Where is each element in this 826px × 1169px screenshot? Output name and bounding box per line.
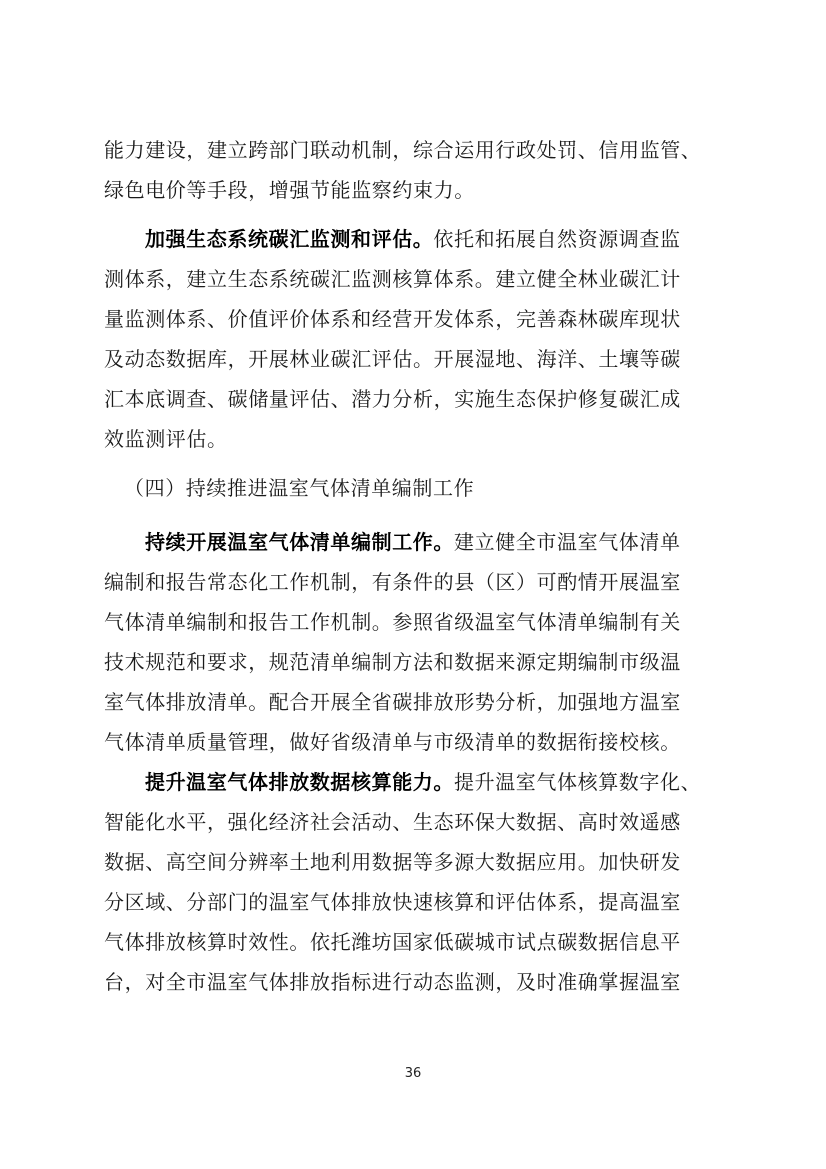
text-line: 加强生态系统碳汇监测和评估。依托和拓展自然资源调查监 — [104, 225, 726, 265]
paragraph-lead-bold: 加强生态系统碳汇监测和评估。 — [145, 227, 433, 251]
paragraph-text: 建立健全市温室气体清单 — [454, 530, 681, 554]
text-line: 智能化水平，强化经济社会活动、生态环保大数据、高时效遥感 — [104, 808, 726, 848]
text-line: 技术规范和要求，规范清单编制方法和数据来源定期编制市级温 — [104, 648, 726, 688]
text-line: 气体清单编制和报告工作机制。参照省级温室气体清单编制有关 — [104, 608, 726, 648]
paragraph-emission-accounting: 提升温室气体排放数据核算能力。提升温室气体核算数字化、 智能化水平，强化经济社会… — [104, 768, 726, 1008]
text-line: 效监测评估。 — [104, 425, 726, 465]
text-line: 气体清单质量管理，做好省级清单与市级清单的数据衔接校核。 — [104, 728, 726, 768]
paragraph-text: 依托和拓展自然资源调查监 — [433, 227, 680, 251]
paragraph-lead-bold: 提升温室气体排放数据核算能力。 — [145, 770, 454, 794]
text-line: 量监测体系、价值评价体系和经营开发体系，完善森林碳库现状 — [104, 305, 726, 345]
text-line: 台，对全市温室气体排放指标进行动态监测，及时准确掌握温室 — [104, 968, 726, 1008]
text-line: 汇本底调查、碳储量评估、潜力分析，实施生态保护修复碳汇成 — [104, 385, 726, 425]
text-line: 分区域、分部门的温室气体排放快速核算和评估体系，提高温室 — [104, 888, 726, 928]
section-heading: （四）持续推进温室气体清单编制工作 — [104, 474, 726, 528]
text-line: 提升温室气体排放数据核算能力。提升温室气体核算数字化、 — [104, 768, 726, 808]
text-line: 能力建设，建立跨部门联动机制，综合运用行政处罚、信用监管、 — [104, 136, 726, 176]
page-number: 36 — [0, 1066, 826, 1081]
paragraph-carbon-sink-monitoring: 加强生态系统碳汇监测和评估。依托和拓展自然资源调查监 测体系，建立生态系统碳汇监… — [104, 225, 726, 465]
text-line: 绿色电价等手段，增强节能监察约束力。 — [104, 176, 726, 216]
text-line: 持续开展温室气体清单编制工作。建立健全市温室气体清单 — [104, 528, 726, 568]
text-line: 室气体排放清单。配合开展全省碳排放形势分析，加强地方温室 — [104, 688, 726, 728]
text-line: 编制和报告常态化工作机制，有条件的县（区）可酌情开展温室 — [104, 568, 726, 608]
text-line: 及动态数据库，开展林业碳汇评估。开展湿地、海洋、土壤等碳 — [104, 345, 726, 385]
paragraph-lead-bold: 持续开展温室气体清单编制工作。 — [145, 530, 454, 554]
paragraph-text: 提升温室气体核算数字化、 — [454, 770, 701, 794]
paragraph-ghg-inventory: 持续开展温室气体清单编制工作。建立健全市温室气体清单 编制和报告常态化工作机制，… — [104, 528, 726, 768]
paragraph-energy-supervision: 能力建设，建立跨部门联动机制，综合运用行政处罚、信用监管、 绿色电价等手段，增强… — [104, 136, 726, 216]
text-line: 数据、高空间分辨率土地利用数据等多源大数据应用。加快研发 — [104, 848, 726, 888]
text-line: 气体排放核算时效性。依托潍坊国家低碳城市试点碳数据信息平 — [104, 928, 726, 968]
text-line: 测体系，建立生态系统碳汇监测核算体系。建立健全林业碳汇计 — [104, 265, 726, 305]
document-page-body: 能力建设，建立跨部门联动机制，综合运用行政处罚、信用监管、 绿色电价等手段，增强… — [104, 136, 726, 1008]
